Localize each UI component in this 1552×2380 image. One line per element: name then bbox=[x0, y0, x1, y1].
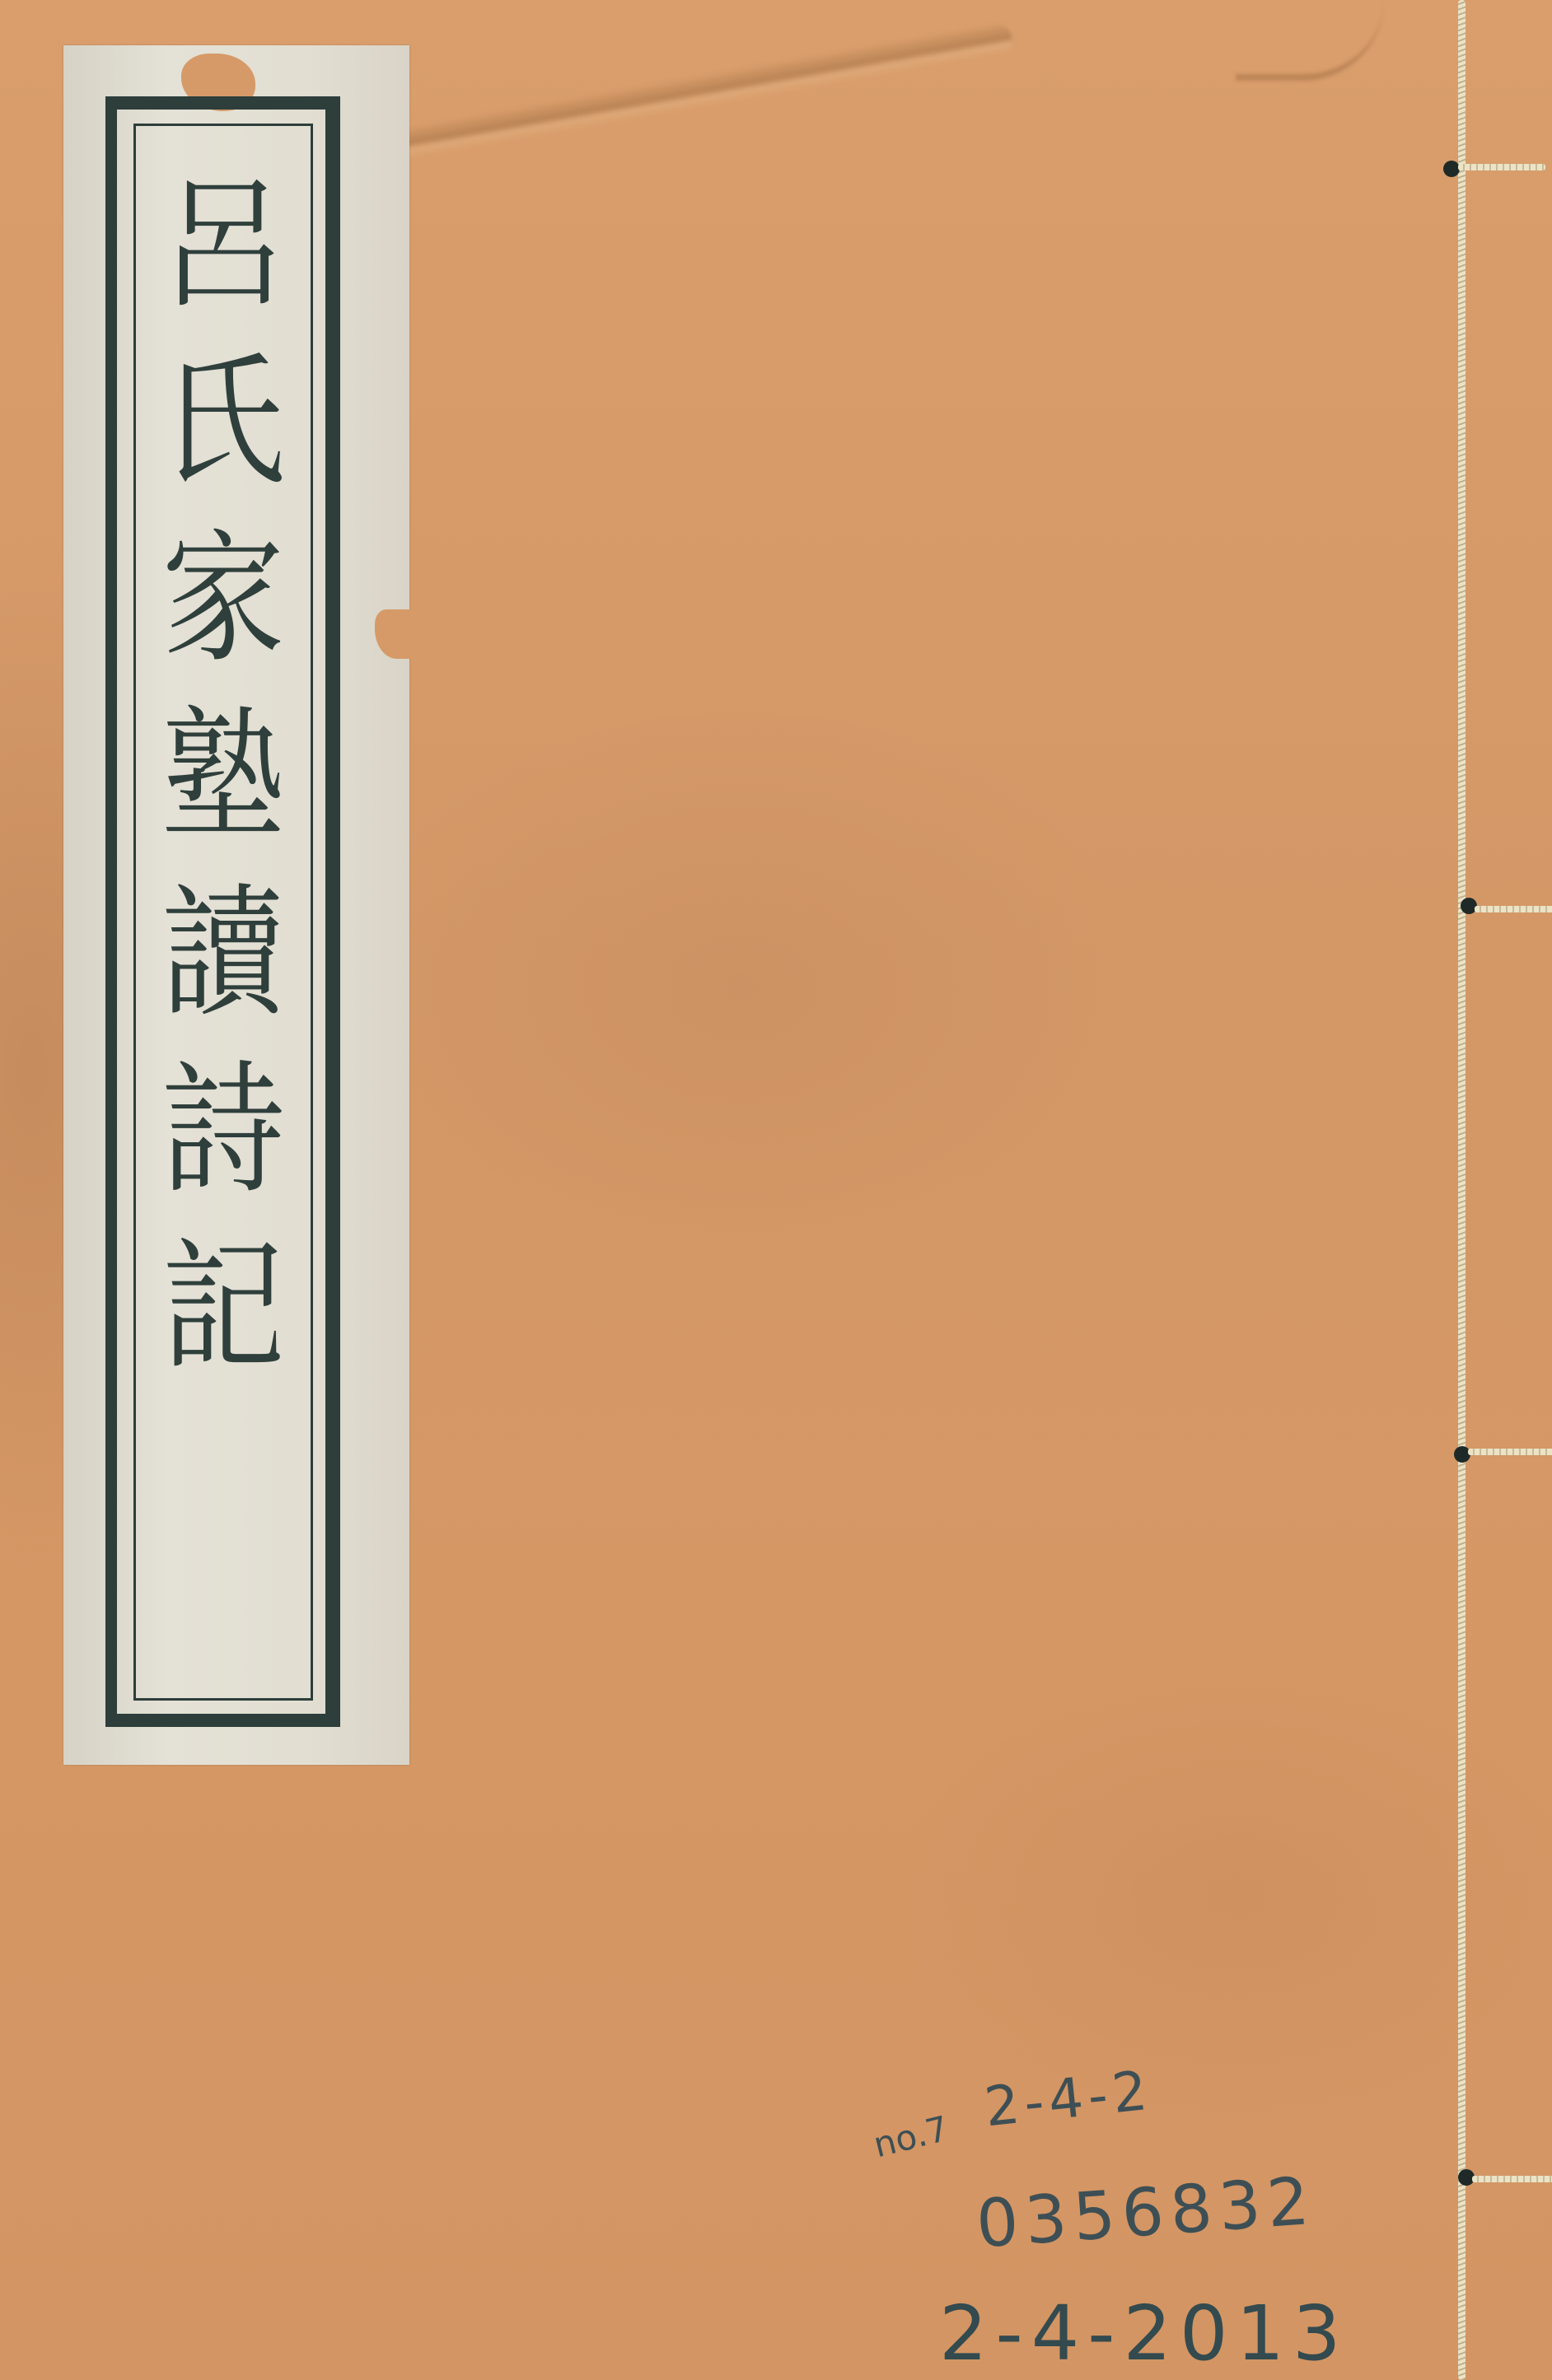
binding-thread-loop bbox=[1458, 164, 1545, 170]
title-char: 氏 bbox=[161, 320, 285, 524]
title-char: 塾 bbox=[161, 674, 285, 878]
title-char: 記 bbox=[161, 1206, 285, 1409]
binding-thread bbox=[1458, 0, 1466, 2380]
binding-thread-loop bbox=[1472, 2176, 1552, 2182]
note-call-number: 2-4-2013 bbox=[939, 2289, 1349, 2378]
title-char: 讀 bbox=[161, 852, 285, 1055]
title-char: 詩 bbox=[161, 1029, 285, 1232]
binding-thread-loop bbox=[1475, 906, 1552, 912]
title-char: 家 bbox=[161, 497, 285, 701]
binding-thread-loop bbox=[1468, 1449, 1552, 1455]
title-char: 呂 bbox=[161, 143, 285, 347]
book-title: 呂 氏 家 塾 讀 詩 記 bbox=[133, 156, 313, 1396]
stitch-hole bbox=[1443, 161, 1460, 177]
